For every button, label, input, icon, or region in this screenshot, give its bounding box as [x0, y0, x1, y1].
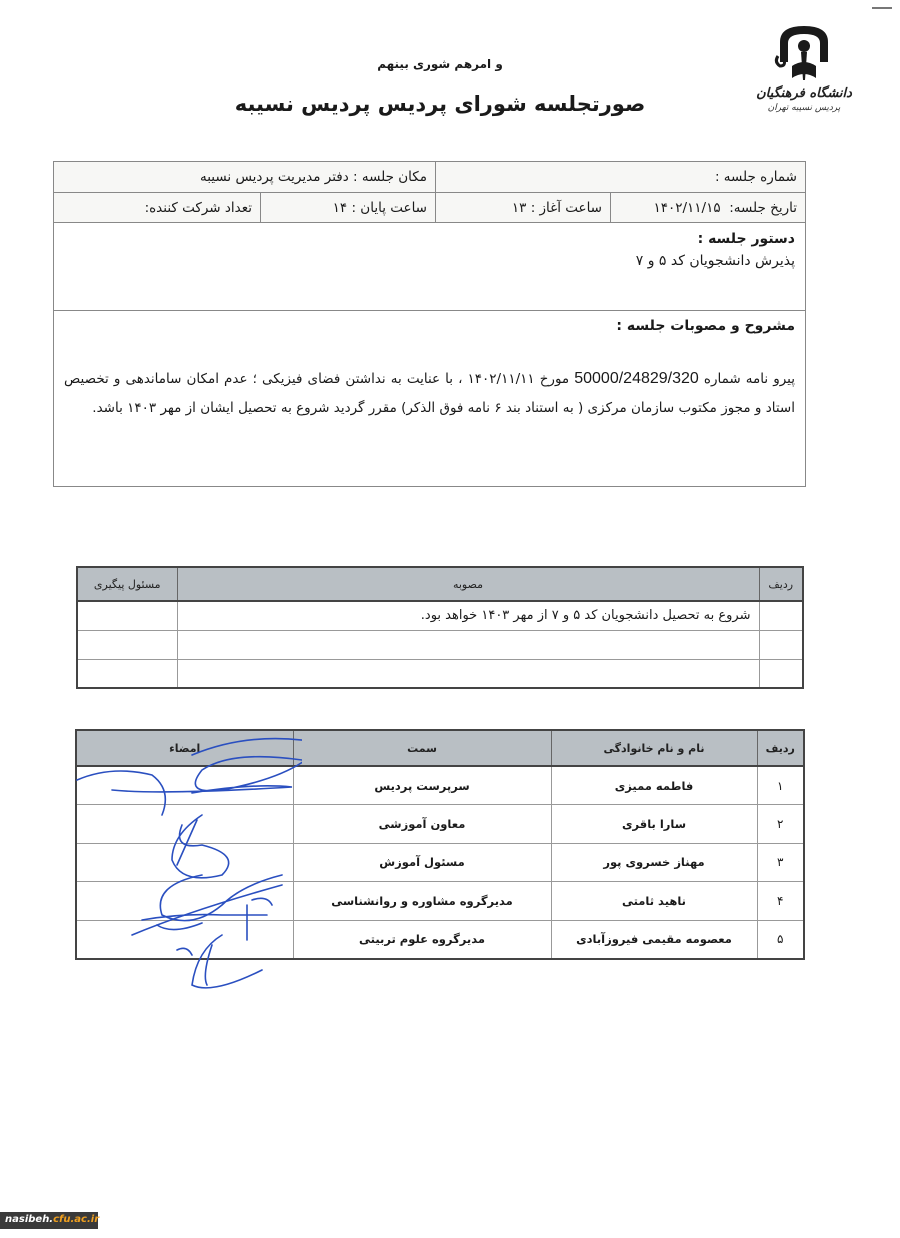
attendee-name: ناهید ثامتی — [551, 882, 757, 921]
attendee-position: مدیرگروه مشاوره و روانشناسی — [293, 882, 551, 921]
attendee-position: معاون آموزشی — [293, 805, 551, 844]
attendee-index: ۳ — [757, 843, 804, 882]
table-row: ۵ معصومه مقیمی فیروزآبادی مدیرگروه علوم … — [76, 920, 804, 959]
info-row-1: شماره جلسه : مکان جلسه : دفتر مدیریت پرد… — [54, 162, 805, 193]
resolutions-header-row: ردیف مصوبه مسئول پیگیری — [77, 567, 803, 601]
col-header-name: نام و نام خانوادگی — [551, 730, 757, 766]
meeting-info-box: شماره جلسه : مکان جلسه : دفتر مدیریت پرد… — [53, 161, 806, 487]
site-watermark: nasibeh.cfu.ac.ir — [0, 1212, 98, 1229]
table-row: ۱ فاطمه ممیزی سرپرست پردیس — [76, 766, 804, 805]
attendee-position: سرپرست پردیس — [293, 766, 551, 805]
meeting-number-label: شماره جلسه : — [715, 169, 797, 185]
scan-corner-mark — [872, 7, 892, 9]
table-row: ۴ ناهید ثامتی مدیرگروه مشاوره و روانشناس… — [76, 882, 804, 921]
attendee-index: ۱ — [757, 766, 804, 805]
col-header-index: ردیف — [757, 730, 804, 766]
attendee-name: معصومه مقیمی فیروزآبادی — [551, 920, 757, 959]
start-time-cell: ساعت آغاز : ۱۳ — [435, 193, 610, 222]
resolution-index — [759, 630, 803, 659]
col-header-resolution: مصوبه — [177, 567, 759, 601]
col-header-responsible: مسئول پیگیری — [77, 567, 177, 601]
start-time-label: ساعت آغاز : — [531, 200, 602, 216]
minutes-text-start: پیرو نامه شماره — [699, 371, 795, 387]
attendee-position: مسئول آموزش — [293, 843, 551, 882]
attendee-signature — [76, 920, 293, 959]
university-logo-icon — [772, 22, 836, 84]
table-row: ۲ سارا باقری معاون آموزشی — [76, 805, 804, 844]
meeting-location-label: مکان جلسه : — [353, 169, 427, 185]
end-time-label: ساعت پایان : — [351, 200, 427, 216]
minutes-label: مشروح و مصوبات جلسه : — [64, 318, 795, 334]
resolution-index — [759, 601, 803, 630]
attendee-index: ۴ — [757, 882, 804, 921]
meeting-location-cell: مکان جلسه : دفتر مدیریت پردیس نسیبه — [54, 162, 435, 192]
table-row: شروع به تحصیل دانشجویان کد ۵ و ۷ از مهر … — [77, 601, 803, 630]
table-row — [77, 659, 803, 688]
agenda-section: دستور جلسه : پذیرش دانشجویان کد ۵ و ۷ — [54, 223, 805, 311]
attendee-index: ۲ — [757, 805, 804, 844]
attendees-header-row: ردیف نام و نام خانوادگی سمت امضاء — [76, 730, 804, 766]
verse-heading: و امرهم شوری بینهم — [0, 57, 880, 71]
attendee-position: مدیرگروه علوم تربیتی — [293, 920, 551, 959]
attendee-signature — [76, 882, 293, 921]
start-time-value: ۱۳ — [512, 200, 527, 216]
resolution-index — [759, 659, 803, 688]
attendee-signature — [76, 805, 293, 844]
attendee-signature — [76, 766, 293, 805]
col-header-signature: امضاء — [76, 730, 293, 766]
attendee-name: سارا باقری — [551, 805, 757, 844]
attendees-table: ردیف نام و نام خانوادگی سمت امضاء ۱ فاطم… — [75, 729, 805, 960]
resolution-text — [177, 630, 759, 659]
attendee-index: ۵ — [757, 920, 804, 959]
meeting-date-value: ۱۴۰۲/۱۱/۱۵ — [654, 200, 721, 216]
participants-cell: تعداد شرکت کننده: — [54, 193, 260, 222]
info-row-2: تاریخ جلسه: ۱۴۰۲/۱۱/۱۵ ساعت آغاز : ۱۳ سا… — [54, 193, 805, 223]
agenda-label: دستور جلسه : — [64, 231, 795, 247]
resolution-text: شروع به تحصیل دانشجویان کد ۵ و ۷ از مهر … — [177, 601, 759, 630]
meeting-date-label: تاریخ جلسه: — [729, 200, 797, 216]
meeting-date-cell: تاریخ جلسه: ۱۴۰۲/۱۱/۱۵ — [610, 193, 805, 222]
attendee-signature — [76, 843, 293, 882]
resolutions-table: ردیف مصوبه مسئول پیگیری شروع به تحصیل دا… — [76, 566, 804, 689]
col-header-index: ردیف — [759, 567, 803, 601]
end-time-cell: ساعت پایان : ۱۴ — [260, 193, 435, 222]
resolution-responsible — [77, 630, 177, 659]
table-row — [77, 630, 803, 659]
resolution-responsible — [77, 659, 177, 688]
participants-label: تعداد شرکت کننده: — [145, 200, 252, 216]
resolution-text — [177, 659, 759, 688]
resolution-responsible — [77, 601, 177, 630]
letter-number: 50000/24829/320 — [574, 370, 699, 387]
table-row: ۳ مهناز خسروی پور مسئول آموزش — [76, 843, 804, 882]
agenda-item: پذیرش دانشجویان کد ۵ و ۷ — [64, 253, 795, 269]
minutes-section: مشروح و مصوبات جلسه : پیرو نامه شماره 50… — [54, 311, 805, 486]
attendee-name: فاطمه ممیزی — [551, 766, 757, 805]
watermark-main: nasibeh. — [5, 1214, 53, 1225]
end-time-value: ۱۴ — [333, 200, 348, 216]
meeting-location-value: دفتر مدیریت پردیس نسیبه — [200, 169, 349, 185]
attendee-name: مهناز خسروی پور — [551, 843, 757, 882]
page-title: صورتجلسه شورای پردیس پردیس نسیبه — [0, 92, 880, 116]
meeting-number-cell: شماره جلسه : — [435, 162, 805, 192]
col-header-position: سمت — [293, 730, 551, 766]
minutes-body: پیرو نامه شماره 50000/24829/320 مورخ ۱۴۰… — [64, 364, 795, 423]
watermark-accent: cfu.ac.ir — [53, 1214, 99, 1225]
